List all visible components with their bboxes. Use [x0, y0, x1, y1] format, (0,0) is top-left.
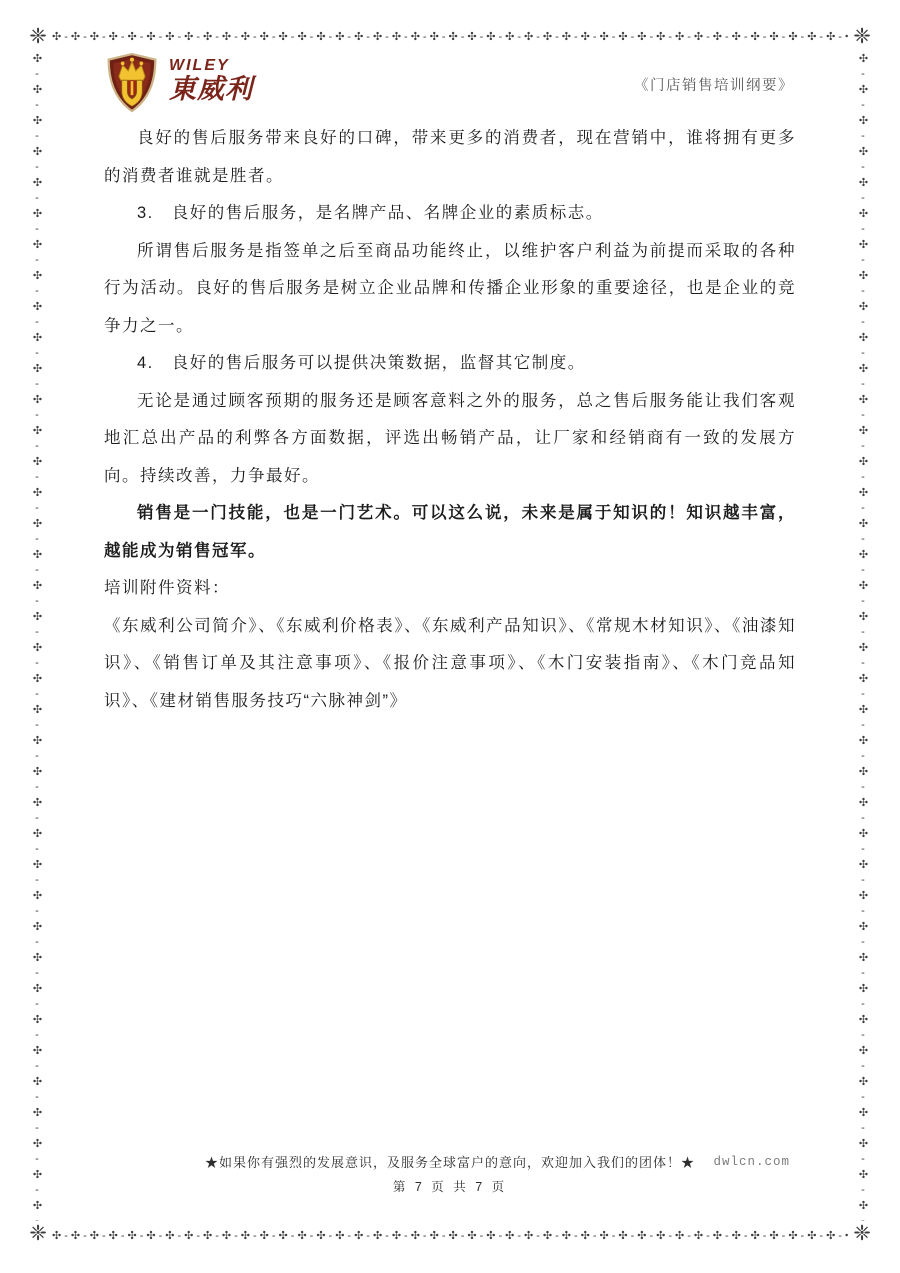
list-item-4: 4. 良好的售后服务可以提供决策数据，监督其它制度。: [104, 345, 796, 383]
border-bottom-pattern: ✣-✣-✣-✣-✣-✣-✣-✣-✣-✣-✣-✣-✣-✣-✣-✣-✣-✣-✣-✣-…: [52, 1227, 848, 1245]
shield-crown-icon: [104, 52, 160, 114]
document-body: 良好的售后服务带来良好的口碑，带来更多的消费者，现在营销中，谁将拥有更多的消费者…: [104, 120, 796, 720]
border-corner-ornament: ❈: [850, 1223, 874, 1247]
border-top-pattern: ✣-✣-✣-✣-✣-✣-✣-✣-✣-✣-✣-✣-✣-✣-✣-✣-✣-✣-✣-✣-…: [52, 28, 848, 46]
brand-name-en: WILEY: [169, 58, 253, 74]
footer-slogan: ★如果你有强烈的发展意识，及服务全球富户的意向，欢迎加入我们的团体！★: [205, 1152, 695, 1173]
paragraph-aftersales-definition: 所谓售后服务是指签单之后至商品功能终止，以维护客户利益为前提而采取的各种行为活动…: [104, 233, 796, 346]
brand-name-cn: 東威利: [169, 74, 253, 104]
list-item-3: 3. 良好的售后服务，是名牌产品、名牌企业的素质标志。: [104, 195, 796, 233]
border-corner-ornament: ❈: [26, 1223, 50, 1247]
border-corner-ornament: ❈: [26, 26, 50, 50]
page-footer: ★如果你有强烈的发展意识，及服务全球富户的意向，欢迎加入我们的团体！★ dwlc…: [92, 1152, 808, 1198]
border-right-pattern: ✣-✣-✣-✣-✣-✣-✣-✣-✣-✣-✣-✣-✣-✣-✣-✣-✣-✣-✣-✣-…: [854, 52, 872, 1221]
document-page: { "border": { "color": "#3d3d3d", "edge_…: [0, 0, 900, 1273]
footer-website: dwlcn.com: [713, 1152, 790, 1173]
attachments-list: 《东威利公司简介》、《东威利价格表》、《东威利产品知识》、《常规木材知识》、《油…: [104, 608, 796, 721]
brand-logo: WILEY 東威利: [104, 52, 253, 114]
page-number: 第 7 页 共 7 页: [92, 1177, 808, 1198]
paragraph-aftersales-reputation: 良好的售后服务带来良好的口碑，带来更多的消费者，现在营销中，谁将拥有更多的消费者…: [104, 120, 796, 195]
paragraph-aftersales-data: 无论是通过顾客预期的服务还是顾客意料之外的服务，总之售后服务能让我们客观地汇总出…: [104, 383, 796, 496]
attachments-heading: 培训附件资料：: [104, 570, 796, 608]
border-left-pattern: ✣-✣-✣-✣-✣-✣-✣-✣-✣-✣-✣-✣-✣-✣-✣-✣-✣-✣-✣-✣-…: [28, 52, 46, 1221]
document-header-title: 《门店销售培训纲要》: [634, 74, 794, 95]
border-corner-ornament: ❈: [850, 26, 874, 50]
paragraph-sales-skill-emphasis: 销售是一门技能，也是一门艺术。可以这么说，未来是属于知识的！知识越丰富，越能成为…: [104, 495, 796, 570]
